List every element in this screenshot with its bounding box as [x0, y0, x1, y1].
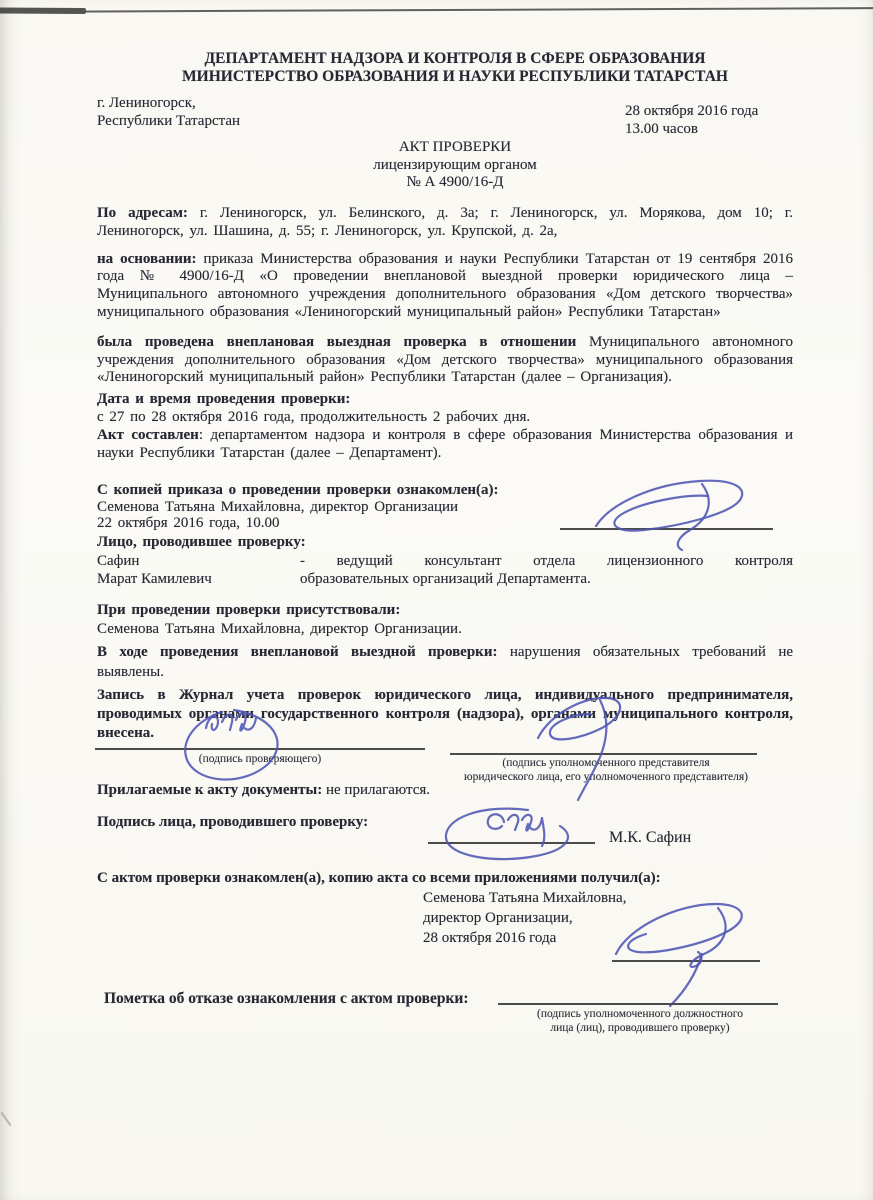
paragraph-addresses: По адресам: г. Лениногорск, ул. Белинско… — [97, 205, 793, 241]
org-name-line2: МИНИСТЕРСТВО ОБРАЗОВАНИЯ И НАУКИ РЕСПУБЛ… — [97, 68, 813, 86]
time-line: 13.00 часов — [625, 121, 758, 139]
document-title-block: АКТ ПРОВЕРКИ лицензирующим органом № А 4… — [107, 139, 803, 192]
region-line: Республики Татарстан — [97, 113, 240, 131]
signature-stroke-safin — [432, 802, 592, 874]
present-label-text: При проведении проверки присутствовали: — [97, 602, 400, 618]
basis-text: приказа Министерства образования и науки… — [97, 251, 793, 320]
date-line: 28 октября 2016 года — [625, 103, 758, 121]
inspector-columns: Сафин Марат Камилевич - ведущий консульт… — [97, 552, 793, 588]
document-subtitle: лицензирующим органом — [107, 157, 803, 175]
addresses-label: По адресам: — [97, 205, 188, 221]
inspector-firstname: Марат Камилевич — [97, 570, 300, 588]
attachments-label: Прилагаемые к акту документы: — [97, 782, 322, 798]
sign-label: Подпись лица, проводившего проверку: — [97, 814, 368, 830]
copy-label-text: С копией приказа о проведении проверки о… — [97, 482, 499, 498]
copy-name-text: Семенова Татьяна Михайловна, директор Ор… — [97, 499, 458, 515]
document-title: АКТ ПРОВЕРКИ — [107, 139, 803, 157]
org-name-line1: ДЕПАРТАМЕНТ НАДЗОРА И КОНТРОЛЯ В СФЕРЕ О… — [97, 50, 813, 68]
place-block: г. Лениногорск, Республики Татарстан — [97, 95, 240, 130]
paragraph-act: Акт составлен: департаментом надзора и к… — [97, 427, 793, 463]
refusal-label: Пометка об отказе ознакомления с актом п… — [104, 990, 469, 1008]
city-line: г. Лениногорск, — [97, 95, 240, 113]
paragraph-datetime-text: с 27 по 28 октября 2016 года, продолжите… — [97, 409, 793, 427]
inspector-block: Лицо, проводившее проверку: Сафин Марат … — [97, 533, 793, 588]
sign-label-block: Подпись лица, проводившего проверку: — [97, 814, 368, 831]
ack-signer-date: 28 октября 2016 года — [423, 928, 626, 948]
ack-signer-name: Семенова Татьяна Михайловна, — [423, 888, 626, 908]
attachments-text: не прилагаются. — [322, 782, 430, 798]
letterhead: ДЕПАРТАМЕНТ НАДЗОРА И КОНТРОЛЯ В СФЕРЕ О… — [97, 50, 813, 86]
inspector-role-line2: образовательных организаций Департамента… — [300, 570, 793, 588]
inspector-label: Лицо, проводившее проверку: — [97, 533, 793, 551]
signature-stroke-inspector-row — [172, 698, 292, 790]
main-paragraphs: По адресам: г. Лениногорск, ул. Белинско… — [97, 205, 793, 462]
datetime-text: с 27 по 28 октября 2016 года, продолжите… — [97, 409, 530, 425]
result-block: В ходе проведения внеплановой выездной п… — [97, 642, 793, 682]
scan-edge-artifact — [0, 7, 873, 13]
present-name-text: Семенова Татьяна Михайловна, директор Ор… — [97, 621, 462, 637]
inspector-name-column: Сафин Марат Камилевич — [97, 552, 300, 588]
inspector-surname: Сафин — [97, 552, 300, 570]
acknowledgement-signer-block: Семенова Татьяна Михайловна, директор Ор… — [423, 888, 626, 948]
paragraph-basis: на основании: приказа Министерства образ… — [97, 251, 793, 322]
signature-stroke-acknowledgement — [598, 896, 768, 1008]
paragraph-datetime-label: Дата и время проведения проверки: — [97, 391, 793, 409]
signature-line-refusal — [498, 1003, 778, 1005]
present-label: При проведении проверки присутствовали: — [97, 601, 793, 620]
addresses-text: г. Лениногорск, ул. Белинского, д. 3а; г… — [97, 205, 793, 239]
result-paragraph: В ходе проведения внеплановой выездной п… — [97, 642, 793, 682]
basis-label: на основании: — [97, 251, 197, 267]
acknowledgement-label: С актом проверки ознакомлен(а), копию ак… — [97, 870, 661, 887]
refusal-caption: (подпись уполномоченного должностного ли… — [490, 1008, 790, 1035]
copy-date-text: 22 октября 2016 года, 10.00 — [97, 515, 280, 531]
ack-signer-role: директор Организации, — [423, 908, 626, 928]
inspector-sign-name: М.К. Сафин — [609, 829, 691, 847]
present-name: Семенова Татьяна Михайловна, директор Ор… — [97, 620, 793, 639]
present-block: При проведении проверки присутствовали: … — [97, 601, 793, 638]
inspector-role-line1: - ведущий консультант отдела лицензионно… — [300, 552, 793, 570]
paragraph-conducted: была проведена внеплановая выездная пров… — [97, 334, 793, 387]
act-text: : департаментом надзора и контроля в сфе… — [97, 427, 793, 461]
refusal-caption-line2: лица (лиц), проводившего проверку) — [490, 1022, 790, 1036]
scan-scratch-artifact — [1, 1112, 12, 1126]
date-block: 28 октября 2016 года 13.00 часов — [625, 103, 758, 138]
act-label: Акт составлен — [97, 427, 199, 443]
signature-stroke-representative — [522, 686, 632, 804]
refusal-caption-line1: (подпись уполномоченного должностного — [490, 1008, 790, 1022]
result-label: В ходе проведения внеплановой выездной п… — [97, 644, 497, 660]
inspector-label-text: Лицо, проводившее проверку: — [97, 534, 306, 550]
conducted-label: была проведена внеплановая выездная пров… — [97, 334, 576, 350]
scanned-document-page: ДЕПАРТАМЕНТ НАДЗОРА И КОНТРОЛЯ В СФЕРЕ О… — [0, 0, 873, 1200]
attachments-block: Прилагаемые к акту документы: не прилага… — [97, 782, 430, 799]
datetime-label: Дата и время проведения проверки: — [97, 391, 350, 407]
document-number: № А 4900/16-Д — [107, 174, 803, 192]
inspector-role-column: - ведущий консультант отдела лицензионно… — [300, 552, 793, 588]
